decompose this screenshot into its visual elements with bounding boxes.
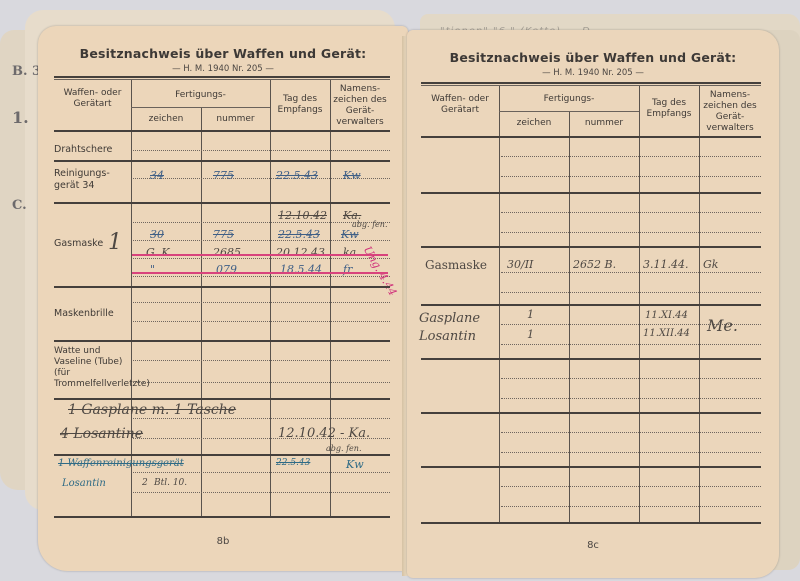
dotted-line bbox=[501, 232, 761, 233]
entry-namenszeichen: ka bbox=[343, 246, 356, 259]
entry-zeichen: G. K. bbox=[146, 246, 173, 259]
dotted-line bbox=[133, 492, 390, 493]
bottom-rule bbox=[54, 516, 390, 518]
entry-note: abg. fen. bbox=[352, 220, 388, 229]
entry-nummer: 2652 B. bbox=[573, 258, 616, 271]
row-rule bbox=[421, 358, 761, 360]
entry-tag: 20.12.43. bbox=[276, 246, 328, 259]
page-number: 8c bbox=[407, 540, 779, 551]
header-zeichen: zeichen bbox=[131, 114, 201, 125]
top-rule-thin bbox=[421, 85, 761, 86]
top-rule bbox=[54, 76, 390, 78]
row-label-drahtschere: Drahtschere bbox=[54, 144, 112, 156]
dotted-line bbox=[133, 302, 390, 303]
handwritten-note: abg. fen. bbox=[326, 444, 362, 453]
page-subtitle: — H. M. 1940 Nr. 205 — bbox=[407, 68, 779, 78]
header-zeichen: zeichen bbox=[499, 118, 569, 129]
entry-zeichen: 30 bbox=[150, 228, 164, 241]
col-divider-2 bbox=[569, 112, 570, 523]
handwritten-tag: 22.5.43 bbox=[276, 458, 310, 468]
dotted-line bbox=[133, 276, 390, 277]
entry-zeichen: 1 bbox=[527, 308, 534, 321]
row-label-reinigungsgeraet: Reinigungs- gerät 34 bbox=[54, 168, 129, 192]
dotted-line bbox=[501, 398, 761, 399]
row-rule bbox=[421, 412, 761, 414]
group-rule bbox=[499, 111, 639, 112]
count-mark: 1 bbox=[108, 230, 122, 255]
entry-tag: 22.5.43 bbox=[276, 169, 318, 182]
col-divider-3 bbox=[270, 80, 271, 518]
top-rule bbox=[421, 82, 761, 84]
row-label-gasmaske: Gasmaske bbox=[425, 258, 487, 272]
header-fertigungs: Fertigungs- bbox=[499, 94, 639, 105]
header-namenszeichen: Namens- zeichen des Gerät- verwalters bbox=[330, 84, 390, 128]
dotted-line bbox=[501, 506, 761, 507]
dotted-line bbox=[133, 150, 390, 151]
row-rule bbox=[54, 202, 390, 204]
page-8c: Besitznachweis über Waffen und Gerät: — … bbox=[407, 30, 779, 578]
header-rule bbox=[421, 136, 761, 138]
pink-strikethrough bbox=[132, 254, 388, 256]
dotted-line bbox=[501, 378, 761, 379]
header-fertigungs: Fertigungs- bbox=[131, 90, 270, 101]
row-rule bbox=[421, 466, 761, 468]
dotted-line bbox=[501, 212, 761, 213]
handwritten-date: 12.10.42 - Ka. bbox=[278, 426, 370, 441]
header-rule bbox=[54, 130, 390, 132]
dotted-line bbox=[501, 432, 761, 433]
row-label-watte-vaseline: Watte und Vaseline (Tube) (für Trommelfe… bbox=[54, 346, 128, 390]
entry-tag: 11.XI.44 bbox=[645, 310, 688, 321]
entry-nummer: 775 bbox=[213, 228, 234, 241]
dotted-line bbox=[501, 486, 761, 487]
entry-zeichen: 34 bbox=[150, 169, 164, 182]
entry-namenszeichen: fr bbox=[343, 263, 352, 276]
handwritten-namenszeichen: Kw bbox=[346, 458, 364, 471]
dotted-line bbox=[501, 272, 761, 273]
header-tag: Tag des Empfangs bbox=[639, 98, 699, 120]
underlay-label-b: B. 3 bbox=[12, 64, 41, 79]
entry-nummer: 775 bbox=[213, 169, 234, 182]
row-rule bbox=[54, 286, 390, 288]
row-label-gasplane-losantin: Gasplane Losantin bbox=[419, 310, 499, 346]
dotted-line bbox=[501, 156, 761, 157]
page-number: 8b bbox=[38, 536, 408, 547]
row-rule bbox=[421, 246, 761, 248]
header-namenszeichen: Namens- zeichen des Gerät- verwalters bbox=[699, 90, 761, 134]
dotted-line bbox=[133, 382, 390, 383]
page-title: Besitznachweis über Waffen und Gerät: bbox=[407, 50, 779, 65]
page-8b: Besitznachweis über Waffen und Gerät: — … bbox=[38, 26, 408, 571]
row-label-maskenbrille: Maskenbrille bbox=[54, 308, 114, 320]
document-photo: B. 3 1. C. "tionen" "6." (Kette) ... D .… bbox=[0, 0, 800, 581]
dotted-line bbox=[133, 418, 390, 419]
page-subtitle: — H. M. 1940 Nr. 205 — bbox=[38, 64, 408, 74]
handwritten-losantine: 4 Losantine bbox=[60, 426, 143, 442]
entry-zeichen: 1 bbox=[527, 328, 534, 341]
handwritten-zeichen: 2 bbox=[142, 478, 148, 488]
dotted-line bbox=[133, 360, 390, 361]
dotted-line bbox=[501, 344, 761, 345]
entry-tag: 11.XII.44 bbox=[643, 328, 690, 339]
row-label-gasmaske: Gasmaske bbox=[54, 238, 103, 250]
group-rule bbox=[131, 107, 270, 108]
col-divider-2 bbox=[201, 108, 202, 518]
top-rule-thin bbox=[54, 79, 390, 80]
entry-tag: 3.11.44. bbox=[643, 258, 688, 271]
dotted-line bbox=[501, 292, 761, 293]
dotted-line bbox=[133, 472, 390, 473]
handwritten-nummer: Btl. 10. bbox=[154, 478, 187, 488]
handwritten-waffenreinigung: 1 Waffenreinigungsgerät bbox=[58, 458, 184, 469]
entry-zeichen: 30/II bbox=[507, 258, 533, 271]
handwritten-gasplane: 1 Gasplane m. 1 Tasche bbox=[68, 402, 236, 418]
row-rule bbox=[54, 454, 390, 456]
entry-nummer: 2685 bbox=[213, 246, 241, 259]
col-divider-1 bbox=[131, 80, 132, 518]
entry-namenszeichen: Gk bbox=[703, 258, 718, 271]
header-nummer: nummer bbox=[201, 114, 270, 125]
entry-tag: 22.5.43 bbox=[278, 228, 320, 241]
entry-tag: 12.10.42 bbox=[278, 209, 327, 222]
entry-zeichen: " bbox=[150, 263, 155, 276]
row-rule bbox=[54, 340, 390, 342]
row-rule bbox=[54, 398, 390, 400]
handwritten-losantin: Losantin bbox=[62, 478, 106, 489]
entry-tag: 18.5.44 bbox=[280, 263, 322, 276]
dotted-line bbox=[501, 176, 761, 177]
row-rule bbox=[421, 192, 761, 194]
header-tag: Tag des Empfangs bbox=[270, 94, 330, 116]
underlay-label-c: C. bbox=[12, 198, 27, 213]
bottom-rule bbox=[421, 522, 761, 524]
row-rule bbox=[421, 304, 761, 306]
dotted-line bbox=[501, 452, 761, 453]
row-rule bbox=[54, 160, 390, 162]
header-nummer: nummer bbox=[569, 118, 639, 129]
header-waffen: Waffen- oder Gerätart bbox=[421, 94, 499, 116]
pink-strikethrough bbox=[132, 272, 388, 274]
entry-nummer: 079 bbox=[216, 263, 237, 276]
header-waffen: Waffen- oder Gerätart bbox=[54, 88, 131, 110]
entry-namenszeichen: Kw bbox=[343, 169, 361, 182]
underlay-label-1: 1. bbox=[12, 108, 29, 127]
page-title: Besitznachweis über Waffen und Gerät: bbox=[38, 46, 408, 61]
dotted-line bbox=[133, 321, 390, 322]
entry-namenszeichen: Kw bbox=[341, 228, 359, 241]
entry-namenszeichen: Me. bbox=[707, 316, 738, 335]
